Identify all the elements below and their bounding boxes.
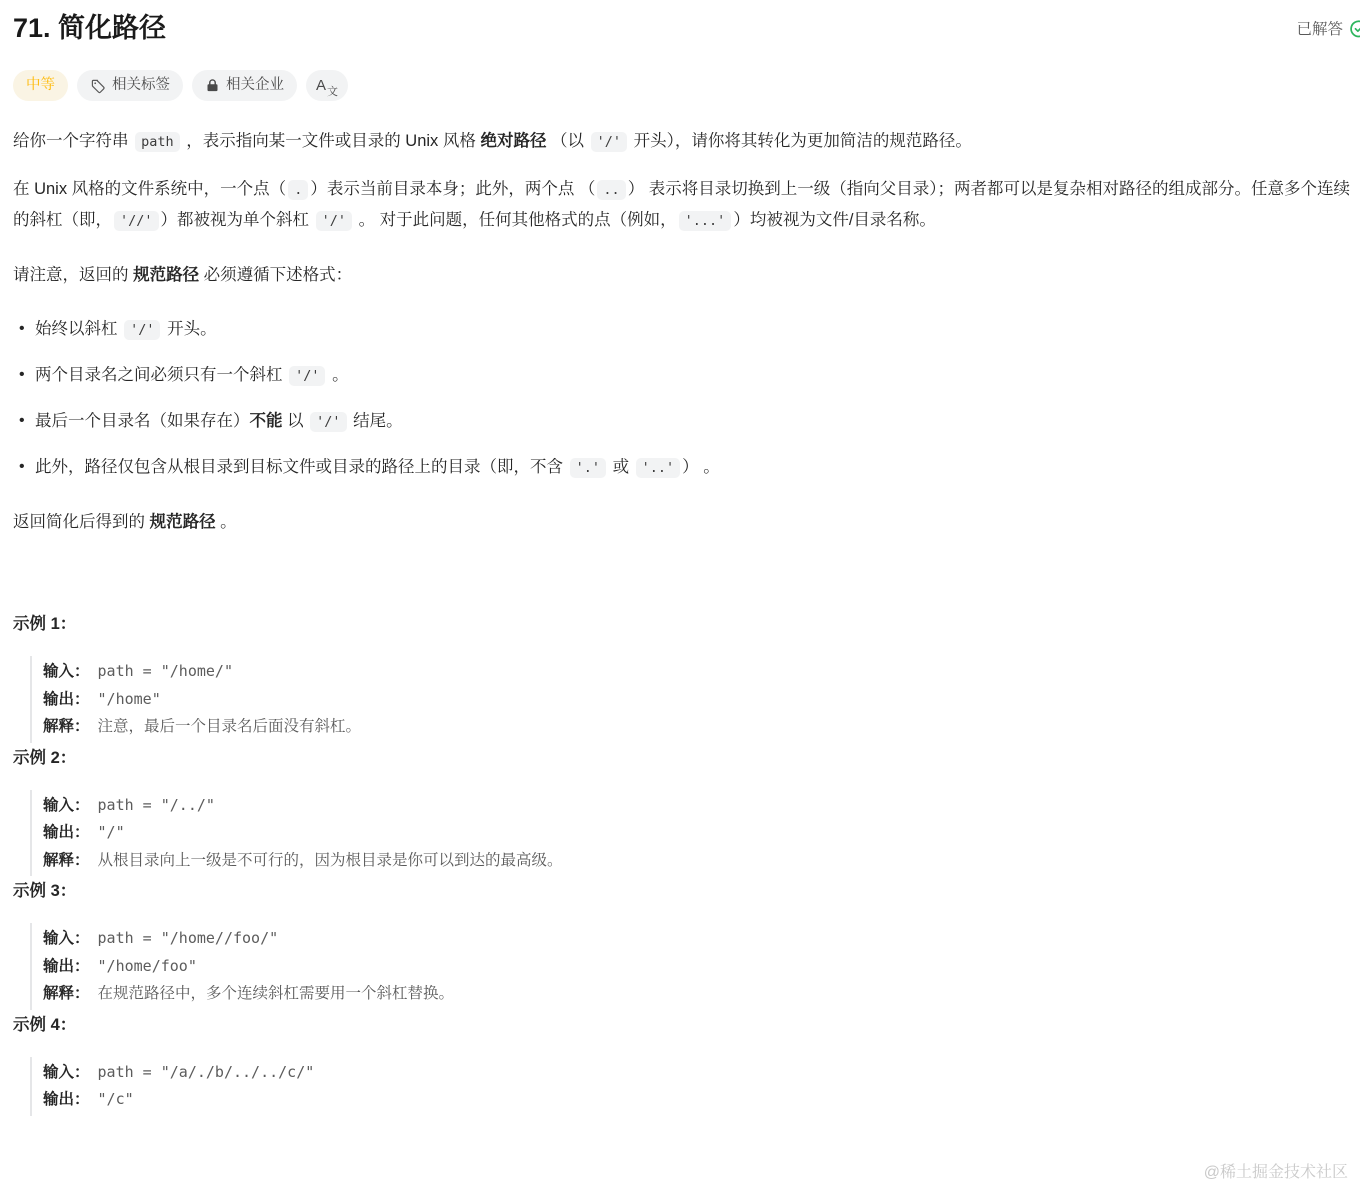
rule-item: 两个目录名之间必须只有一个斜杠 '/' 。 [13,360,1360,391]
rules-list: 始终以斜杠 '/' 开头。两个目录名之间必须只有一个斜杠 '/' 。最后一个目录… [13,314,1360,483]
text-run: 给你一个字符串 [13,132,133,150]
text-run: ）表示当前目录本身；此外，两个点 （ [310,180,595,198]
text-run: 开头），请你将其转化为更加简洁的规范路径。 [629,132,972,150]
example-line: 输入：path = "/a/./b/../../c/" [43,1059,1360,1087]
inline-code: '.' [570,458,606,478]
solved-status: 已解答 [1296,17,1360,39]
text-run: 此外，路径仅包含从根目录到目标文件或目录的路径上的目录（即，不含 [35,458,568,476]
example-line-value: "/c" [98,1090,134,1108]
example-line: 输入：path = "/home/" [43,658,1360,686]
example-line: 解释：从根目录向上一级是不可行的，因为根目录是你可以到达的最高级。 [43,847,1360,875]
example-line-value: path = "/home/" [98,662,233,680]
page-title: 71. 简化路径 [13,10,1360,46]
inline-code: '/' [591,132,627,152]
example-block: 输入：path = "/a/./b/../../c/"输出："/c" [30,1057,1360,1116]
example-line-label: 输入： [43,663,90,680]
inline-code: '/' [124,320,160,340]
text-run: 两个目录名之间必须只有一个斜杠 [35,366,287,384]
example-line: 输入：path = "/../" [43,792,1360,820]
inline-code: '//' [114,211,159,231]
example-line: 输出："/home/foo" [43,953,1360,981]
example-line: 解释：在规范路径中，多个连续斜杠需要用一个斜杠替换。 [43,980,1360,1008]
translate-icon: A [316,70,326,101]
related-tags-button[interactable]: 相关标签 [77,70,183,101]
text-run: 。 [216,513,237,531]
text-run: （以 [546,132,588,150]
solved-check-icon [1349,19,1360,38]
example-line: 输入：path = "/home//foo/" [43,925,1360,953]
examples-section: 示例 1：输入：path = "/home/"输出："/home"解释：注意，最… [13,609,1360,1116]
example-line-value: "/" [98,823,125,841]
text-run: 结尾。 [349,412,403,430]
translate-toggle-button[interactable]: A 文 [306,70,348,101]
inline-code: '..' [636,458,681,478]
example-line-label: 输入： [43,1064,90,1081]
paragraph-dots: 在 Unix 风格的文件系统中，一个点（.）表示当前目录本身；此外，两个点 （.… [13,174,1360,236]
text-run: 或 [608,458,634,476]
example-line-value: 从根目录向上一级是不可行的，因为根目录是你可以到达的最高级。 [98,852,563,869]
text-run: ，表示指向某一文件或目录的 Unix 风格 [182,132,481,150]
rule-item: 此外，路径仅包含从根目录到目标文件或目录的路径上的目录（即，不含 '.' 或 '… [13,452,1360,483]
example-line-label: 输出： [43,958,90,975]
inline-code: '/' [289,366,325,386]
rule-item: 最后一个目录名（如果存在）不能 以 '/' 结尾。 [13,406,1360,437]
watermark: @稀土掘金技术社区 [1204,1159,1348,1182]
example-line: 输出："/home" [43,686,1360,714]
rule-item: 始终以斜杠 '/' 开头。 [13,314,1360,345]
text-run: 必须遵循下述格式： [199,266,352,284]
tags-row: 中等 相关标签 相关企业 A 文 [13,70,1360,101]
text-run: 开头。 [162,320,216,338]
example-line: 输出："/" [43,819,1360,847]
example-line-value: path = "/../" [98,796,215,814]
inline-code: path [135,132,180,152]
example-heading: 示例 1： [13,609,1360,639]
text-run: 返回简化后得到的 [13,513,150,531]
text-run: 。 [327,366,348,384]
text-run: ）均被视为文件/目录名称。 [733,211,936,229]
example-heading: 示例 4： [13,1010,1360,1040]
example-line-label: 解释： [43,985,90,1002]
text-run: ）都被视为单个斜杠 [161,211,314,229]
paragraph-note: 请注意，返回的 规范路径 必须遵循下述格式： [13,260,1360,290]
example-heading: 示例 3： [13,876,1360,906]
example-line-value: 在规范路径中，多个连续斜杠需要用一个斜杠替换。 [98,985,455,1002]
paragraph-intro: 给你一个字符串 path ，表示指向某一文件或目录的 Unix 风格 绝对路径 … [13,126,1360,157]
example-block: 输入：path = "/home//foo/"输出："/home/foo"解释：… [30,923,1360,1010]
text-run: 。 对于此问题，任何其他格式的点（例如， [354,211,677,229]
example-line-value: "/home" [98,690,161,708]
example-line-label: 输出： [43,1091,90,1108]
lock-icon [205,78,220,93]
problem-description: 给你一个字符串 path ，表示指向某一文件或目录的 Unix 风格 绝对路径 … [13,126,1360,1116]
example-line: 输出："/c" [43,1086,1360,1114]
paragraph-return: 返回简化后得到的 规范路径 。 [13,507,1360,537]
inline-code: '...' [679,211,732,231]
example-line-value: path = "/home//foo/" [98,929,279,947]
example-heading: 示例 2： [13,743,1360,773]
inline-code: '/' [310,412,346,432]
example-line-label: 输入： [43,797,90,814]
bold-text: 绝对路径 [480,132,546,150]
example-line-value: 注意，最后一个目录名后面没有斜杠。 [98,718,362,735]
example-line-value: path = "/a/./b/../../c/" [98,1063,315,1081]
inline-code: . [288,180,308,200]
translate-icon-cjk: 文 [327,77,338,108]
bold-text: 规范路径 [150,513,216,531]
related-companies-button[interactable]: 相关企业 [192,70,297,101]
bold-text: 规范路径 [133,266,199,284]
example-line-label: 输入： [43,930,90,947]
example-line-label: 输出： [43,824,90,841]
text-run: 最后一个目录名（如果存在） [35,412,250,430]
related-tags-label: 相关标签 [112,70,170,101]
related-companies-label: 相关企业 [226,70,284,101]
text-run: 在 Unix 风格的文件系统中，一个点（ [13,180,286,198]
tag-icon [90,78,106,94]
text-run: ） 。 [682,458,720,476]
inline-code: .. [597,180,625,200]
difficulty-badge[interactable]: 中等 [13,70,68,101]
example-line-label: 解释： [43,718,90,735]
example-line-label: 解释： [43,852,90,869]
example-line-value: "/home/foo" [98,957,197,975]
text-run: 请注意，返回的 [13,266,133,284]
example-line: 解释：注意，最后一个目录名后面没有斜杠。 [43,713,1360,741]
problem-page: 71. 简化路径 已解答 中等 相关标签 [0,0,1360,1116]
text-run: 以 [283,412,309,430]
solved-label: 已解答 [1296,17,1343,39]
example-block: 输入：path = "/home/"输出："/home"解释：注意，最后一个目录… [30,656,1360,743]
inline-code: '/' [316,211,352,231]
example-block: 输入：path = "/../"输出："/"解释：从根目录向上一级是不可行的，因… [30,790,1360,877]
example-line-label: 输出： [43,691,90,708]
bold-text: 不能 [250,412,283,430]
text-run: 始终以斜杠 [35,320,122,338]
